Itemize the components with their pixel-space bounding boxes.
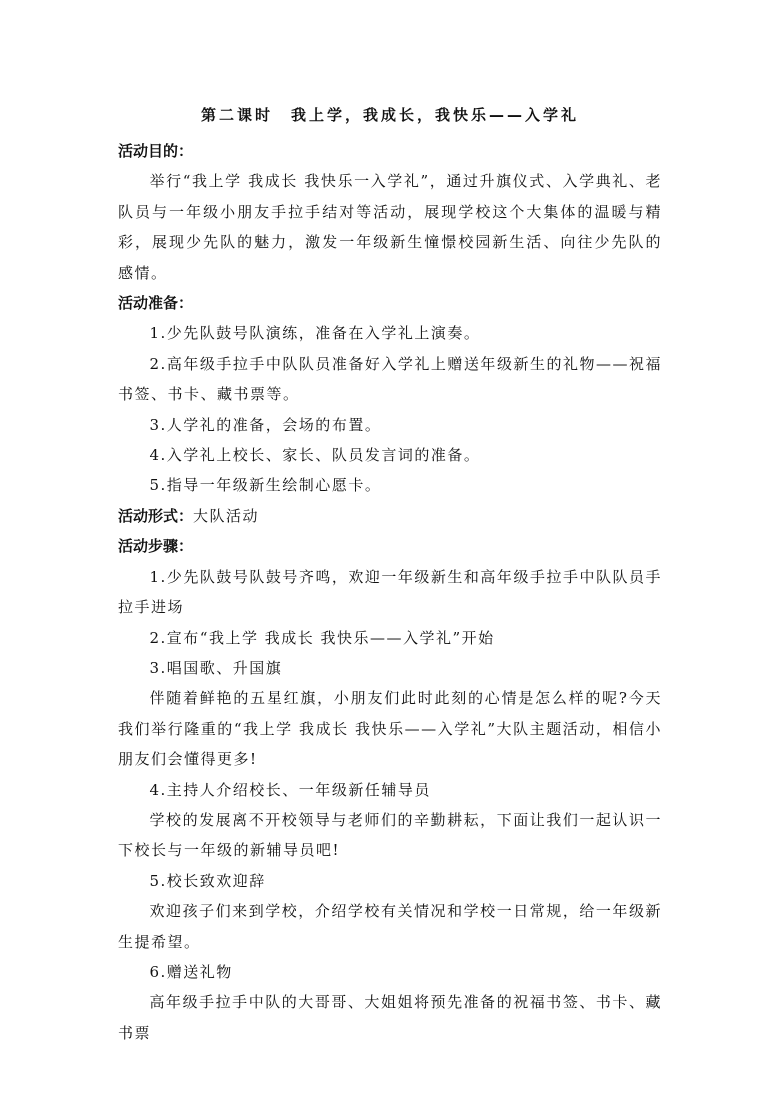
preparation-item: 2.高年级手拉手中队队员准备好入学礼上赠送年级新生的礼物——祝福书签、书卡、藏书… bbox=[118, 349, 662, 410]
section-heading-purpose: 活动目的： bbox=[118, 136, 662, 166]
step-paragraph: 欢迎孩子们来到学校，介绍学校有关情况和学校一日常规，给一年级新生提希望。 bbox=[118, 896, 662, 957]
document-page: 第二课时 我上学，我成长，我快乐——入学礼 活动目的： 举行“我上学 我成长 我… bbox=[118, 100, 662, 1048]
step-paragraph: 学校的发展离不开校领导与老师们的辛勤耕耘，下面让我们一起认识一下校长与一年级的新… bbox=[118, 805, 662, 866]
step-item: 5.校长致欢迎辞 bbox=[118, 866, 662, 896]
document-title: 第二课时 我上学，我成长，我快乐——入学礼 bbox=[118, 100, 662, 130]
step-item: 2.宣布“我上学 我成长 我快乐——入学礼”开始 bbox=[118, 623, 662, 653]
step-paragraph: 高年级手拉手中队的大哥哥、大姐姐将预先准备的祝福书签、书卡、藏书票 bbox=[118, 987, 662, 1048]
preparation-item: 1.少先队鼓号队演练，准备在入学礼上演奏。 bbox=[118, 318, 662, 348]
step-item: 6.赠送礼物 bbox=[118, 957, 662, 987]
form-label: 活动形式： bbox=[118, 507, 193, 525]
preparation-item: 5.指导一年级新生绘制心愿卡。 bbox=[118, 470, 662, 500]
step-paragraph: 伴随着鲜艳的五星红旗，小朋友们此时此刻的心情是怎么样的呢?今天我们举行隆重的“我… bbox=[118, 683, 662, 774]
section-heading-form: 活动形式：大队活动 bbox=[118, 501, 662, 531]
step-item: 4.主持人介绍校长、一年级新任辅导员 bbox=[118, 775, 662, 805]
step-item: 1.少先队鼓号队鼓号齐鸣，欢迎一年级新生和高年级手拉手中队队员手拉手进场 bbox=[118, 562, 662, 623]
preparation-item: 3.人学礼的准备，会场的布置。 bbox=[118, 410, 662, 440]
form-value: 大队活动 bbox=[193, 507, 259, 525]
section-heading-steps: 活动步骤： bbox=[118, 531, 662, 561]
section-heading-preparation: 活动准备： bbox=[118, 288, 662, 318]
purpose-paragraph: 举行“我上学 我成长 我快乐一入学礼”，通过升旗仪式、入学典礼、老队员与一年级小… bbox=[118, 166, 662, 288]
step-item: 3.唱国歌、升国旗 bbox=[118, 653, 662, 683]
preparation-item: 4.入学礼上校长、家长、队员发言词的准备。 bbox=[118, 440, 662, 470]
